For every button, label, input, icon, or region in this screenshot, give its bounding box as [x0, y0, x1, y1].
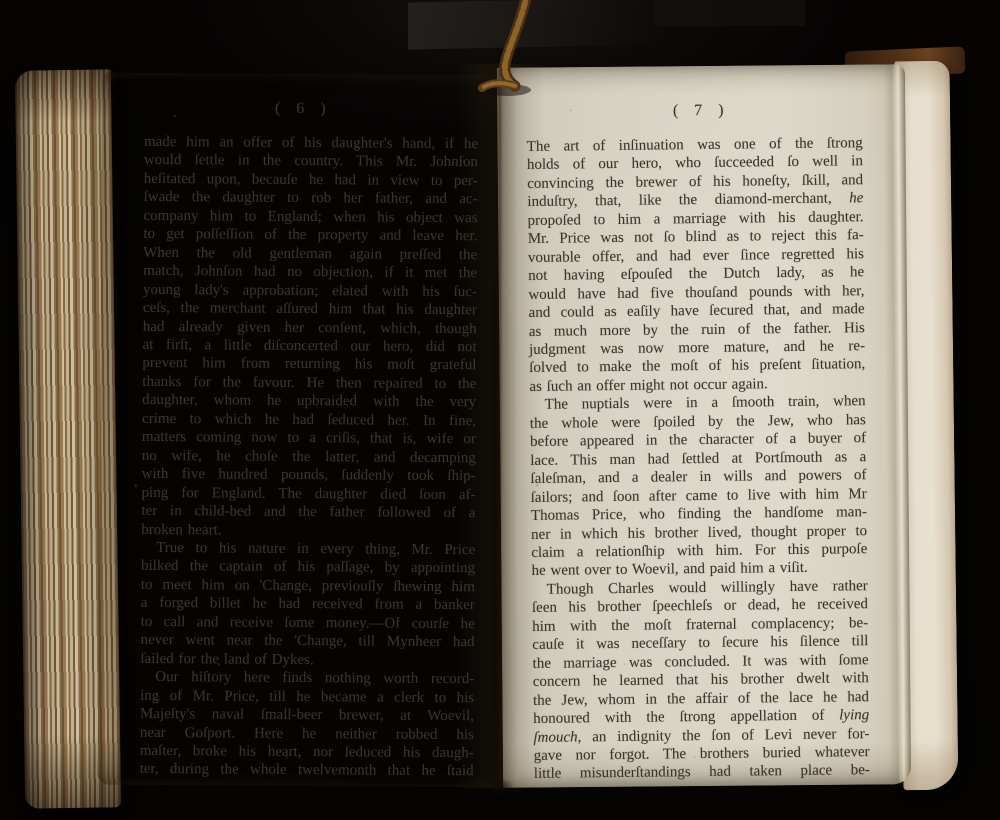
text-line: to get poſſeſſion of the property and le…: [143, 225, 477, 246]
text-line: had already given her conſent, which, th…: [143, 317, 477, 338]
text-line: young lady's approbation; elated with hi…: [143, 281, 477, 302]
text-line: Majeſty's naval ſmall-beer brewer, at Wo…: [140, 705, 474, 726]
text-line: heſitated upon, becauſe he had in view t…: [144, 170, 478, 191]
text-line: ceſs, the merchant aſſured him that his …: [143, 299, 477, 320]
text-line: ſailed for the land of Dykes.: [140, 650, 474, 671]
page-text-left: made him an offer of his daughter's hand…: [140, 133, 479, 781]
text-line: match, Johnſon had no objection, if it m…: [143, 262, 477, 283]
text-line: daughter, whom he upbraided with the ver…: [142, 391, 476, 412]
background-object: [655, 0, 805, 26]
text-line: matters coming now to a criſis, that is,…: [142, 428, 476, 449]
text-line: with five hundred pounds, ſuddenly took …: [142, 465, 476, 486]
text-line: Our hiſtory here finds nothing worth rec…: [140, 668, 474, 689]
text-line: near Goſport. Here he neither robbed his: [140, 723, 474, 744]
text-line: thanks for the favour. He then repaired …: [142, 373, 476, 394]
page-number-right: ( 7 ): [497, 100, 905, 122]
text-line: would ſettle in the country. This Mr. Jo…: [144, 151, 478, 172]
text-line: ter, during the whole twelvemonth that h…: [140, 760, 474, 781]
text-line: company him to England; when his object …: [143, 207, 477, 228]
text-line: crime to which he had ſeduced her. In fi…: [142, 410, 476, 431]
text-line: at firſt, a little diſconcerted our hero…: [143, 336, 477, 357]
photo-stage: ( 6 ) made him an offer of his daughter'…: [0, 0, 1000, 820]
text-line: to call and receive ſome money.—Of courſ…: [141, 613, 475, 634]
text-line: When the old gentleman again preſſed the: [143, 244, 477, 265]
page-number-left: ( 6 ): [102, 99, 504, 120]
text-line: ſwade the daughter to rob her father, an…: [144, 188, 478, 209]
text-line: a forged billet he had received from a b…: [141, 594, 475, 615]
text-line: to meet him on 'Change, previouſly ſhewi…: [141, 576, 475, 597]
text-line: bilked the captain of his paſſage, by ap…: [141, 557, 475, 578]
text-line: broken heart.: [141, 520, 475, 541]
text-line: ter in child-bed and the father followed…: [141, 502, 475, 523]
text-line: little misunderſtandings had taken place…: [534, 762, 870, 784]
text-line: never went near the 'Change, till Mynhee…: [140, 631, 474, 652]
text-line: maſter, broke his heart, nor ſeduced his…: [140, 742, 474, 763]
text-line: made him an offer of his daughter's hand…: [144, 133, 478, 154]
headband-cord: [455, 0, 585, 100]
text-line: True to his nature in every thing, Mr. P…: [141, 539, 475, 560]
text-line: ing of Mr. Price, till he became a clerk…: [140, 686, 474, 707]
text-line: no wife, he choſe the latter, and decamp…: [142, 447, 476, 468]
book-page-right: ( 7 ) The art of inſinuation was one of …: [497, 64, 911, 788]
book-page-left: ( 6 ) made him an offer of his daughter'…: [98, 73, 505, 788]
text-line: prevent him from returning his moſt grat…: [142, 354, 476, 375]
text-line: ping for England. The daughter died ſoon…: [141, 483, 475, 504]
text-line: ſolved to make the moſt of his preſent ſ…: [529, 356, 865, 378]
page-text-right: The art of inſinuation was one of the ſt…: [527, 134, 870, 784]
